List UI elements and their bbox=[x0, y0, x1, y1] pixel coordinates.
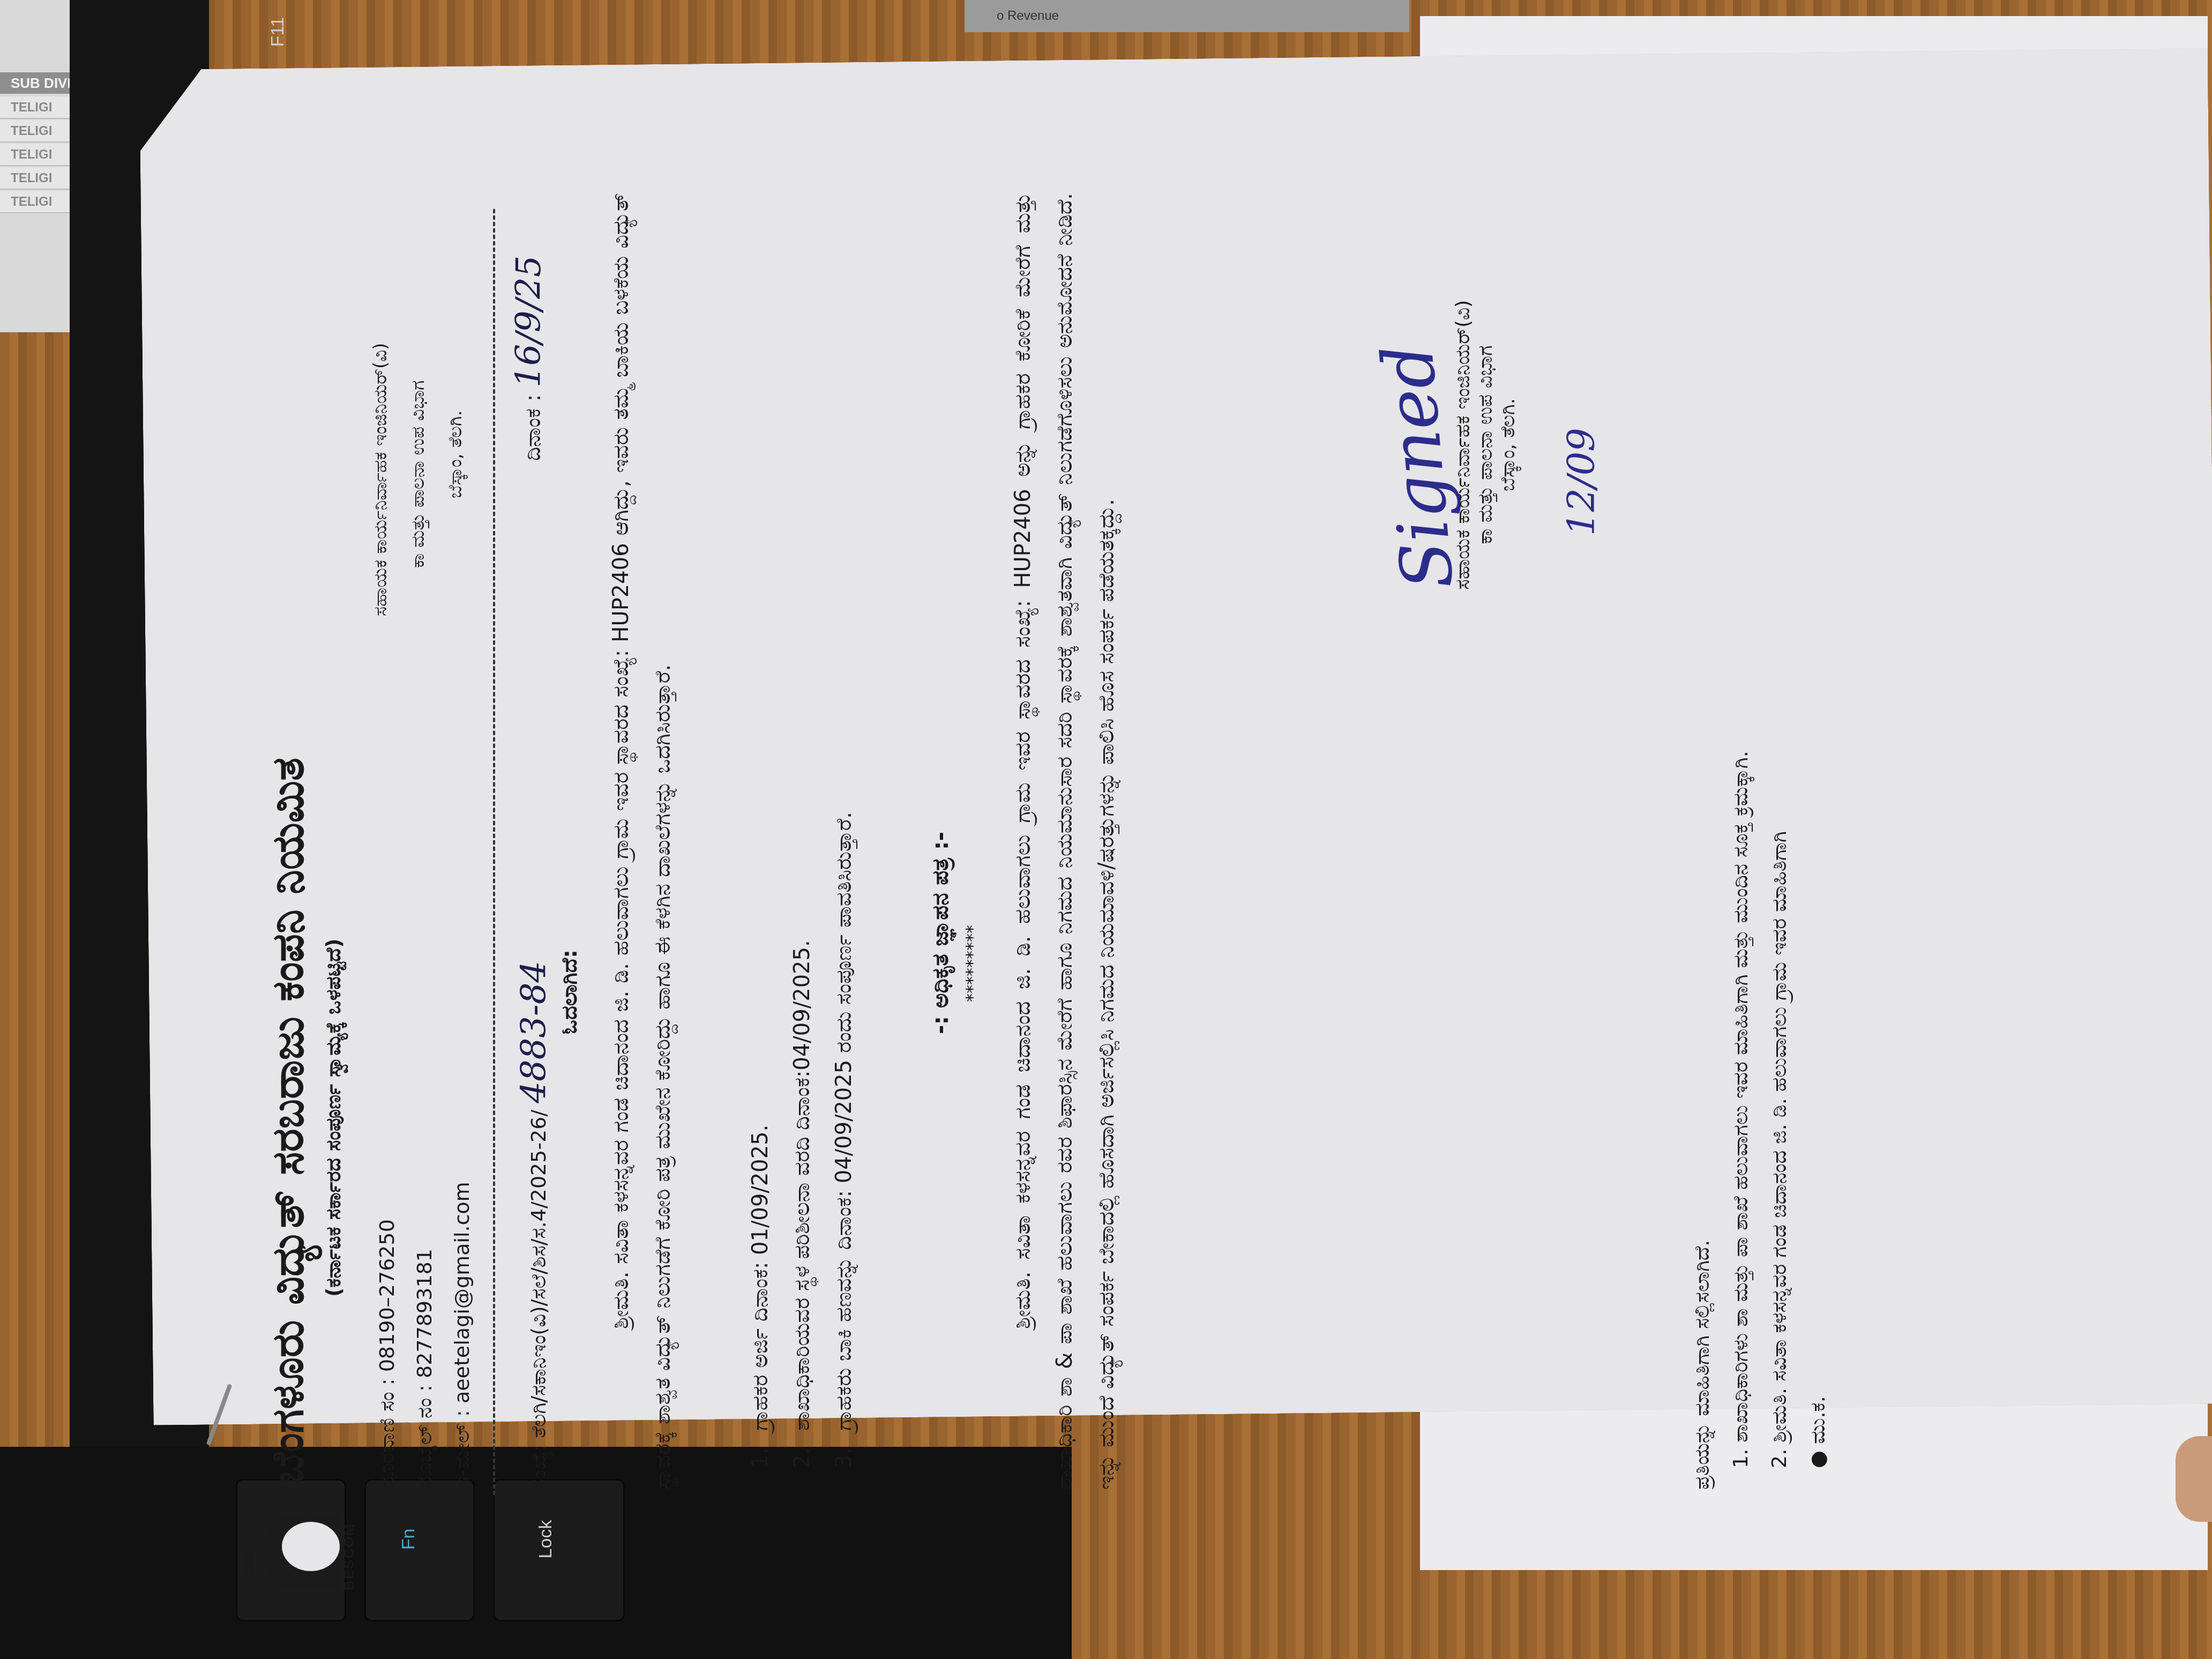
signatory-block: ಸಹಾಯಕ ಕಾರ್ಯನಿರ್ವಾಹಕ ಇಂಜಿನಿಯರ್(ವಿ) ಕಾ ಮತ್… bbox=[1452, 204, 1520, 686]
copy-to-section: ಪ್ರತಿಯನ್ನು ಮಾಹಿತಿಗಾಗಿ ಸಲ್ಲಿಸಲಾಗಿದೆ. 1. ಶ… bbox=[1683, 751, 1837, 1490]
handwritten-date: 16/9/25 bbox=[509, 255, 549, 387]
finger bbox=[2176, 1436, 2212, 1522]
office-location: ಬೆಸ್ಕಾಂ, ತೆಲಗಿ. bbox=[445, 410, 466, 498]
list-item: 2.ಶಾಖಾಧಿಕಾರಿಯವರ ಸ್ಥಳ ಪರಿಶೀಲನಾ ವರದಿ ದಿನಾಂ… bbox=[781, 812, 823, 1468]
read-label: ಓದಲಾಗಿದೆ: bbox=[557, 950, 582, 1034]
signatory-designation: ಸಹಾಯಕ ಕಾರ್ಯನಿರ್ವಾಹಕ ಇಂಜಿನಿಯರ್(ವಿ) bbox=[1452, 204, 1475, 686]
header-divider bbox=[493, 209, 495, 1495]
documents-list: 1.ಗ್ರಾಹಕರ ಅರ್ಜಿ ದಿನಾಂಕ: 01/09/2025. 2.ಶಾ… bbox=[739, 812, 865, 1468]
handwritten-initials-date: 12/09 bbox=[1559, 428, 1603, 536]
key-f11: F11 bbox=[267, 17, 288, 47]
letter-date: ದಿನಾಂಕ : 16/9/25 bbox=[509, 255, 549, 461]
signatory-division: ಕಾ ಮತ್ತು ಪಾಲನಾ ಉಪ ವಿಭಾಗ bbox=[1475, 204, 1497, 686]
copy-heading: ಪ್ರತಿಯನ್ನು ಮಾಹಿತಿಗಾಗಿ ಸಲ್ಲಿಸಲಾಗಿದೆ. bbox=[1683, 751, 1721, 1490]
bescom-logo: ಬೆವಿಕಂ BESCOM bbox=[257, 1516, 359, 1597]
company-subtitle: (ಕರ್ನಾಟಕ ಸರ್ಕಾರದ ಸಂಪೂರ್ಣ ಸ್ವಾಮ್ಯಕ್ಕೆ ಒಳಪ… bbox=[322, 938, 346, 1297]
logo-kannada-text: ಬೆವಿಕಂ bbox=[241, 1546, 256, 1575]
contact-mobile: ಮೊಬೈಲ್ ನಂ : 8277893181 bbox=[413, 1249, 437, 1490]
signatory-location: ಬೆಸ್ಕಾಂ, ತೆಲಗಿ. bbox=[1497, 204, 1520, 686]
office-division: ಕಾ ಮತ್ತು ಪಾಲನಾ ಉಪ ವಿಭಾಗ bbox=[407, 380, 429, 568]
logo-brand: BESCOM bbox=[341, 1523, 357, 1590]
list-item: 3.ಗ್ರಾಹಕರು ಬಾಕಿ ಹಣವನ್ನು ದಿನಾಂಕ: 04/09/20… bbox=[823, 812, 865, 1468]
logo-mark-icon bbox=[264, 1515, 339, 1590]
memo-stars: ********* bbox=[962, 925, 982, 1002]
company-title: ಬೆಂಗಳೂರು ವಿದ್ಯುತ್ ಸರಬರಾಜು ಕಂಪನಿ ನಿಯಮಿತ bbox=[263, 758, 314, 1484]
paragraph-request: ಶ್ರೀಮತಿ. ಸವಿತಾ ಕಳಸನ್ನವರ ಗಂಡ ಚಿದಾನಂದ ಜಿ. … bbox=[600, 193, 684, 1490]
reference-number: ಸಂಖ್ಯೆ: ತೆಲಗಿ/ಸಕಾನಿಇಂ(ವಿ)/ಸಲೆ/ಶಿಸ/ಸ.4/20… bbox=[514, 961, 554, 1490]
list-item: 2. ಶ್ರೀಮತಿ. ಸವಿತಾ ಕಳಸನ್ನವರ ಗಂಡ ಚಿದಾನಂದ ಜ… bbox=[1760, 751, 1798, 1490]
handwritten-reference: 4883-84 bbox=[514, 961, 554, 1103]
official-memo-title: -: ಅಧಿಕೃತ ಜ್ಞಾಪನ ಪತ್ರ :- bbox=[927, 832, 954, 1034]
contact-phone: ದೂರವಾಣಿ ಸಂ : 08190–276250 bbox=[375, 1219, 399, 1490]
list-item: ● ಮು.ಕ. bbox=[1798, 751, 1837, 1490]
office-designation: ಸಹಾಯಕ ಕಾರ್ಯನಿರ್ವಾಹಕ ಇಂಜಿನಿಯರ್(ವಿ) bbox=[370, 343, 391, 616]
list-item: 1.ಗ್ರಾಹಕರ ಅರ್ಜಿ ದಿನಾಂಕ: 01/09/2025. bbox=[739, 812, 781, 1468]
list-item: 1. ಶಾಖಾಧಿಕಾರಿಗಳು ಶಾ ಮತ್ತು ಪಾ ಶಾಖೆ ಹಲುವಾಗ… bbox=[1721, 751, 1760, 1490]
contact-email: ಇ-ಮೇಲ್ : aeetelagi@gmail.com bbox=[450, 1182, 474, 1490]
bescom-letter: ಬೆವಿಕಂ BESCOM ಬೆಂಗಳೂರು ವಿದ್ಯುತ್ ಸರಬರಾಜು … bbox=[257, 96, 1918, 1597]
paragraph-order: ಶ್ರೀಮತಿ. ಸವಿತಾ ಕಳಸನ್ನವರ ಗಂಡ ಚಿದಾನಂದ ಜಿ. … bbox=[1002, 193, 1127, 1490]
background-revenue-header: o Revenue bbox=[965, 0, 1409, 32]
